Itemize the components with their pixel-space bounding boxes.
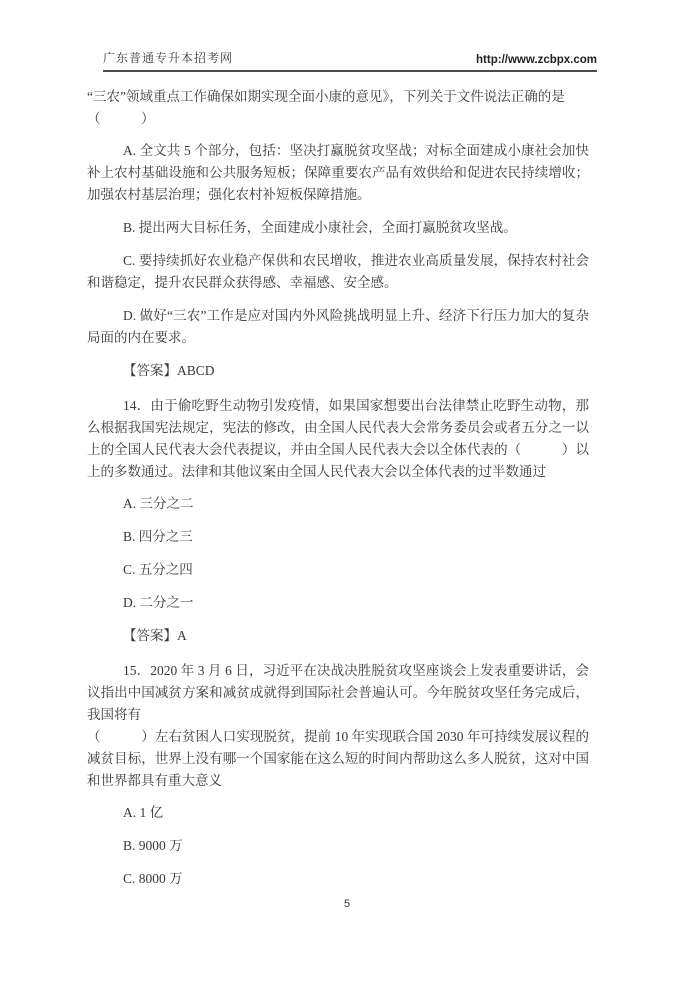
q15-option-b: B. 9000 万 — [87, 835, 589, 857]
document-page: 广东普通专升本招考网 http://www.zcbpx.com “三农”领域重点… — [0, 0, 694, 983]
q13-stem-continuation: “三农”领域重点工作确保如期实现全面小康的意见》，下列关于文件说法正确的是 （ … — [87, 86, 589, 130]
q15-option-a: A. 1 亿 — [87, 802, 589, 824]
q15-stem: 15．2020 年 3 月 6 日，习近平在决战决胜脱贫攻坚座谈会上发表重要讲话… — [87, 660, 589, 792]
q14-option-b: B. 四分之三 — [87, 526, 589, 548]
q14-option-d: D. 二分之一 — [87, 592, 589, 614]
q14-answer: 【答案】A — [87, 625, 589, 647]
document-body: “三农”领域重点工作确保如期实现全面小康的意见》，下列关于文件说法正确的是 （ … — [87, 86, 589, 901]
page-header: 广东普通专升本招考网 http://www.zcbpx.com — [103, 49, 597, 72]
page-number: 5 — [0, 898, 694, 910]
q13-option-d: D. 做好“三农”工作是应对国内外风险挑战明显上升、经济下行压力加大的复杂局面的… — [87, 305, 589, 349]
q13-option-c: C. 要持续抓好农业稳产保供和农民增收，推进农业高质量发展，保持农村社会和谐稳定… — [87, 250, 589, 294]
site-url: http://www.zcbpx.com — [476, 54, 597, 66]
q13-option-b: B. 提出两大目标任务，全面建成小康社会，全面打赢脱贫攻坚战。 — [87, 217, 589, 239]
site-name: 广东普通专升本招考网 — [103, 49, 233, 66]
q13-answer: 【答案】ABCD — [87, 360, 589, 382]
q14-option-a: A. 三分之二 — [87, 493, 589, 515]
q14-stem: 14．由于偷吃野生动物引发疫情，如果国家想要出台法律禁止吃野生动物，那么根据我国… — [87, 395, 589, 483]
q14-option-c: C. 五分之四 — [87, 559, 589, 581]
q13-option-a: A. 全文共 5 个部分，包括：坚决打赢脱贫攻坚战；对标全面建成小康社会加快补上… — [87, 140, 589, 206]
q15-option-c: C. 8000 万 — [87, 868, 589, 890]
